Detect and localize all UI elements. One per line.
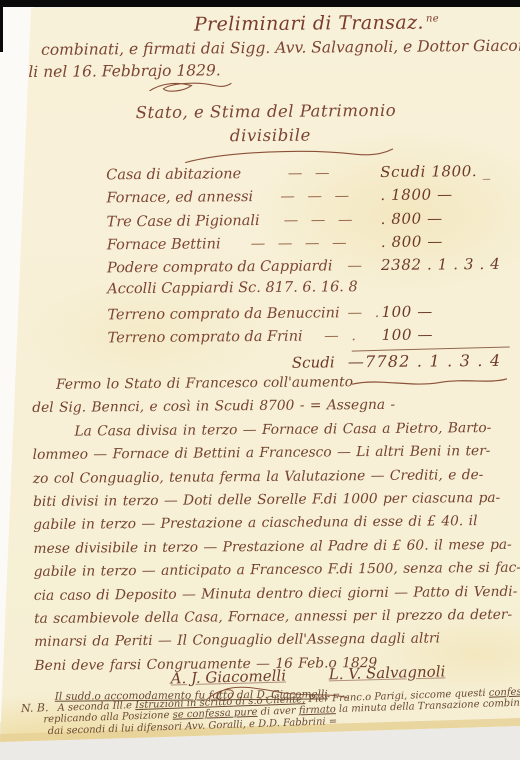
- nb-text: di aver: [257, 706, 299, 718]
- ledger-row: Fornace Bettini — — — — . 800 —: [107, 232, 509, 259]
- header-line-2: combinati, e firmati dai Sigg. Avv. Salv…: [41, 36, 520, 58]
- ledger-value: . 800 —: [381, 232, 509, 251]
- nb-text-underlined: firmato: [299, 705, 336, 717]
- document-title: Preliminari di Transaz.ne: [194, 11, 439, 35]
- nb-text-underlined: confessa: [489, 686, 520, 699]
- ledger-label: Tre Case di Pigionali: [107, 213, 260, 230]
- ledger-label: Casa di abitazione: [106, 166, 241, 183]
- ledger-leader: — —: [241, 165, 380, 182]
- ledger-label: Fornace, ed annessi: [106, 189, 253, 206]
- section-heading: Stato, e Stima del Patrimonio: [136, 101, 397, 122]
- ledger-value: 100 —: [381, 302, 509, 321]
- ledger-value: Scudi 1800. _: [380, 162, 508, 181]
- title-superscript: ne: [426, 13, 439, 24]
- ledger-value: [381, 290, 509, 291]
- ledger-leader: — .: [340, 305, 382, 321]
- ledger-value: . 800 —: [381, 208, 509, 227]
- ledger-value: 2382 . 1 . 3 . 4: [381, 255, 509, 274]
- ledger-row: Tre Case di Pigionali — — — . 800 —: [107, 208, 509, 235]
- ledger-label: Terreno comprato da Benuccini: [107, 305, 339, 323]
- ledger-leader: — — —: [260, 212, 381, 229]
- ledger-row: Casa di abitazione — — Scudi 1800. _: [106, 162, 508, 189]
- date-underline-flourish: [147, 78, 233, 97]
- ledger-row: Accolli Cappiardi Sc. 817. 6. 16. 8: [107, 278, 509, 305]
- manuscript-paper: Preliminari di Transaz.ne combinati, e f…: [0, 0, 520, 760]
- ledger-label: Terreno comprato da Frini: [108, 329, 303, 347]
- manuscript-content: Preliminari di Transaz.ne combinati, e f…: [0, 0, 520, 760]
- total-value: —7782 . 1 . 3 . 4: [348, 351, 502, 371]
- total-label: Scudi: [292, 353, 335, 371]
- scan-edge-strip-left: [0, 0, 3, 52]
- signature-salvagnoli: L. V. Salvagnoli: [329, 662, 446, 683]
- ledger-label: Podere comprato da Cappiardi: [107, 259, 333, 277]
- ledger-row: Fornace, ed annessi — — — . 1800 —: [106, 185, 508, 212]
- ledger-row: Podere comprato da Cappiardi — 2382 . 1 …: [107, 255, 509, 282]
- ledger-leader: — .: [303, 328, 382, 345]
- ledger-leader: —: [332, 258, 381, 274]
- ledger-leader: — — — —: [220, 235, 380, 252]
- nb-label: N. B.: [21, 701, 49, 715]
- section-subheading: divisibile: [230, 126, 311, 146]
- ledger-value: 100 —: [382, 325, 510, 344]
- ledger-row: Terreno comprato da Benuccini — . 100 —: [107, 302, 509, 329]
- ledger-leader: — — —: [253, 188, 380, 205]
- scan-edge-strip-top: [0, 0, 520, 7]
- ledger-label: Accolli Cappiardi Sc. 817. 6. 16. 8: [107, 280, 358, 298]
- agreement-body-text: Fermo lo Stato di Francesco coll'aumento…: [32, 370, 520, 679]
- ledger-value: . 1800 —: [380, 185, 508, 204]
- ledger-label: Fornace Bettini: [107, 236, 221, 253]
- body-line: ta scambievole della Casa, Fornace, anne…: [34, 604, 520, 632]
- patrimony-ledger: Casa di abitazione — — Scudi 1800. _ For…: [106, 162, 510, 352]
- document-title-text: Preliminari di Transaz.: [194, 12, 424, 36]
